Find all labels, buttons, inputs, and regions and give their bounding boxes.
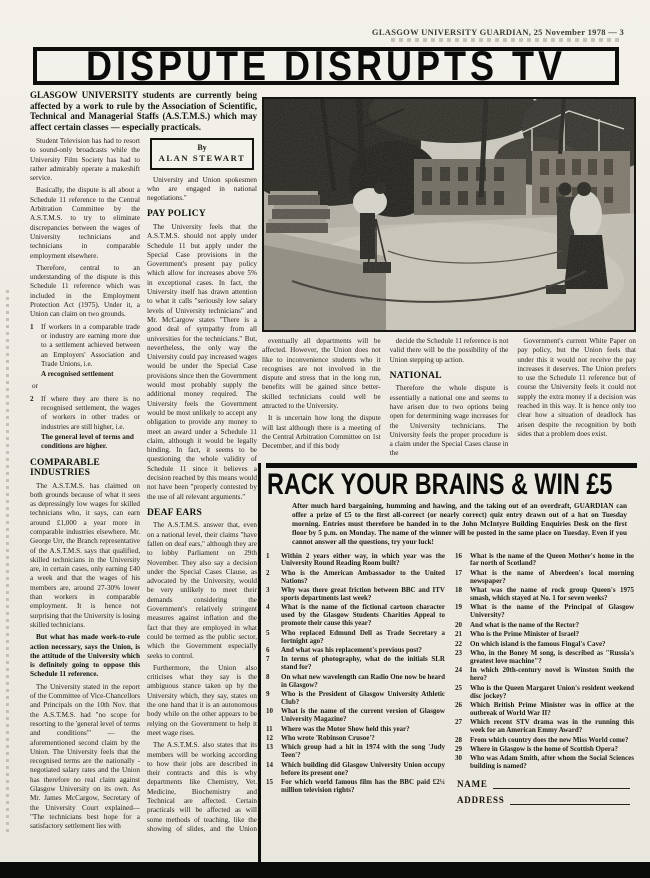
article-block: 1If workers in a comparable trade or ind… — [30, 323, 140, 369]
byline-by: By — [154, 143, 250, 152]
article-text: The A.S.T.M.S. also states that its memb… — [147, 741, 257, 835]
question-text: On what new wavelength can Radio One now… — [281, 674, 445, 690]
article-text: University and Union spokesmen who are e… — [147, 176, 257, 203]
quiz-question: 5 Who replaced Edmund Dell as Trade Secr… — [266, 630, 445, 646]
quiz-question: 21 Who is the Prime Minister of Israel? — [455, 631, 634, 639]
name-blank-line — [493, 779, 630, 789]
question-text: For which world famous film has the BBC … — [281, 779, 445, 795]
quiz-question: 27 Which recent STV drama was in the run… — [455, 719, 634, 735]
question-number: 18 — [455, 587, 466, 603]
article-text: decide the Schedule 11 reference is not … — [390, 337, 509, 364]
quiz-question: 4 What is the name of the fictional cart… — [266, 604, 445, 628]
article-text: COMPARABLE INDUSTRIES — [30, 458, 100, 479]
article-block: PAY POLICY — [147, 209, 257, 220]
page-fold-marks — [6, 290, 9, 835]
article-text: Therefore the whole dispute is essential… — [390, 384, 509, 457]
question-number: 5 — [266, 630, 277, 646]
article-text: The University feels that the A.S.T.M.S.… — [147, 223, 257, 501]
question-number: 21 — [455, 631, 466, 639]
entry-form-name-row: NAME — [457, 779, 630, 789]
article-column-2: By ALAN STEWART University and Union spo… — [147, 137, 257, 835]
article-block: Therefore, central to an understanding o… — [30, 264, 140, 320]
article-text: But what has made work-to-rule action ne… — [30, 633, 140, 678]
question-number: 25 — [455, 685, 466, 701]
question-number: 15 — [266, 779, 277, 795]
list-number: 2 — [30, 395, 38, 432]
quiz-question: 1 Within 2 years either way, in which ye… — [266, 553, 445, 569]
question-text: Who is the Prime Minister of Israel? — [470, 631, 634, 639]
article-text: If where they are there is no recognised… — [41, 395, 140, 432]
quiz-question: 20 And what is the name of the Rector? — [455, 622, 634, 630]
article-text: Basically, the dispute is all about a Sc… — [30, 186, 140, 259]
quiz-question: 10 What is the name of the current versi… — [266, 708, 445, 724]
quiz-question: 13 Which group had a hit in 1974 with th… — [266, 744, 445, 760]
question-number: 13 — [266, 744, 277, 760]
quiz-intro: After much hard bargaining, humming and … — [292, 502, 627, 547]
article-block: University and Union spokesmen who are e… — [147, 176, 257, 204]
quiz-question: 3 Why was there great friction between B… — [266, 587, 445, 603]
article-lower-columns: eventually all departments will be affec… — [262, 337, 636, 461]
question-number: 23 — [455, 650, 466, 666]
question-text: Who, in the Boney M song, is described a… — [470, 650, 634, 666]
name-label: NAME — [457, 779, 488, 789]
quiz-question: 17 What is the name of Aberdeen's local … — [455, 570, 634, 586]
question-number: 7 — [266, 656, 277, 672]
article-text: DEAF EARS — [147, 508, 202, 518]
question-text: In which 20th-century novel is Winston S… — [470, 667, 634, 683]
quiz-question: 6 And what was his replacement's previou… — [266, 647, 445, 655]
quiz-question: 30 Who was Adam Smith, after whom the So… — [455, 755, 634, 771]
question-text: And what was his replacement's previous … — [281, 647, 445, 655]
question-text: Who is the Queen Margaret Union's reside… — [470, 685, 634, 701]
article-photo — [262, 97, 636, 332]
question-number: 29 — [455, 746, 466, 754]
question-text: Who is the American Ambassador to the Un… — [281, 570, 445, 586]
question-number: 28 — [455, 737, 466, 745]
article-text: PAY POLICY — [147, 209, 206, 219]
question-text: From which country does the new Miss Wor… — [470, 737, 634, 745]
article-column-3: eventually all departments will be affec… — [262, 337, 381, 461]
quiz-question: 2 Who is the American Ambassador to the … — [266, 570, 445, 586]
quiz-questions-left: 1 Within 2 years either way, in which ye… — [266, 553, 445, 806]
question-text: Which group had a hit in 1974 with the s… — [281, 744, 445, 760]
article-block: A recognised settlement — [30, 370, 140, 379]
article-block: Furthermore, the Union also criticises w… — [147, 664, 257, 738]
question-text: Who wrote 'Robinson Crusoe'? — [281, 735, 445, 743]
article-column-1: Student Television has had to resort to … — [30, 137, 140, 835]
article-block: or — [30, 382, 140, 391]
article-text: The A.S.T.M.S. has claimed on both groun… — [30, 482, 140, 629]
question-text: What is the name of the current version … — [281, 708, 445, 724]
question-number: 4 — [266, 604, 277, 628]
address-blank-line — [510, 795, 630, 805]
article-column-4: decide the Schedule 11 reference is not … — [390, 337, 509, 461]
question-text: Who is the President of Glasgow Universi… — [281, 691, 445, 707]
quiz-question: 11 Where was the Motor Show held this ye… — [266, 726, 445, 734]
article-block: It is uncertain how long the dispute wil… — [262, 414, 381, 451]
quiz-question: 29 Where in Glasgow is the home of Scott… — [455, 746, 634, 754]
quiz-question: 26 Which British Prime Minister was in o… — [455, 702, 634, 718]
article-text: Furthermore, the Union also criticises w… — [147, 664, 257, 737]
question-text: Within 2 years either way, in which year… — [281, 553, 445, 569]
article-text: Government's current White Paper on pay … — [517, 337, 636, 438]
article-text: Student Television has had to resort to … — [30, 137, 140, 182]
quiz-question: 8 On what new wavelength can Radio One n… — [266, 674, 445, 690]
article-text: NATIONAL — [390, 371, 442, 381]
question-text: What is the name of Aberdeen's local mor… — [470, 570, 634, 586]
question-text: Which building did Glasgow University Un… — [281, 762, 445, 778]
article-text: The A.S.T.M.S. answer that, even on a na… — [147, 521, 257, 659]
question-number: 17 — [455, 570, 466, 586]
article-text: A recognised settlement — [41, 370, 114, 378]
question-number: 26 — [455, 702, 466, 718]
masthead: GLASGOW UNIVERSITY GUARDIAN, 25 November… — [372, 27, 624, 37]
article-block: The University feels that the A.S.T.M.S.… — [147, 223, 257, 502]
article-block: 2If where they are there is no recognise… — [30, 395, 140, 432]
quiz-question: 22 On which island is the famous Fingal'… — [455, 641, 634, 649]
question-text: Where in Glasgow is the home of Scottish… — [470, 746, 634, 754]
question-text: On which island is the famous Fingal's C… — [470, 641, 634, 649]
question-number: 10 — [266, 708, 277, 724]
byline-author: ALAN STEWART — [154, 154, 250, 163]
scanned-newspaper-page: { "colors":{"paper":"#ece9e1","ink":"#1c… — [0, 0, 650, 878]
question-text: Which British Prime Minister was in offi… — [470, 702, 634, 718]
quiz-question: 19 What is the name of the Principal of … — [455, 604, 634, 620]
quiz-question: 15 For which world famous film has the B… — [266, 779, 445, 795]
list-number: 1 — [30, 323, 38, 369]
article-block: The A.S.T.M.S. answer that, even on a na… — [147, 521, 257, 660]
question-number: 24 — [455, 667, 466, 683]
question-number: 12 — [266, 735, 277, 743]
headline-box: DISPUTE DISRUPTS TV — [33, 47, 619, 85]
quiz-question: 24 In which 20th-century novel is Winsto… — [455, 667, 634, 683]
article-column-2-text: University and Union spokesmen who are e… — [147, 176, 257, 835]
page-bottom-scan-edge — [0, 862, 650, 878]
quiz-question: 9 Who is the President of Glasgow Univer… — [266, 691, 445, 707]
question-number: 22 — [455, 641, 466, 649]
question-number: 20 — [455, 622, 466, 630]
quiz-question: 25 Who is the Queen Margaret Union's res… — [455, 685, 634, 701]
question-number: 3 — [266, 587, 277, 603]
question-number: 27 — [455, 719, 466, 735]
article-block: Therefore the whole dispute is essential… — [390, 384, 509, 458]
article-block: decide the Schedule 11 reference is not … — [390, 337, 509, 365]
quiz-question: 7 In terms of photography, what do the i… — [266, 656, 445, 672]
article-text: Therefore, central to an understanding o… — [30, 264, 140, 318]
article-block: The A.S.T.M.S. has claimed on both groun… — [30, 482, 140, 631]
article-text: If workers in a comparable trade or indu… — [41, 323, 140, 369]
question-number: 14 — [266, 762, 277, 778]
article-column-5: Government's current White Paper on pay … — [517, 337, 636, 461]
article-block: Basically, the dispute is all about a Sc… — [30, 186, 140, 260]
article-text: The University stated in the report of t… — [30, 683, 140, 830]
address-label: ADDRESS — [457, 795, 505, 805]
question-number: 8 — [266, 674, 277, 690]
article-text: or — [32, 382, 38, 390]
question-number: 19 — [455, 604, 466, 620]
article-text: The general level of terms and condition… — [41, 433, 134, 450]
article-block: The University stated in the report of t… — [30, 683, 140, 832]
question-text: What was the name of rock group Queen's … — [470, 587, 634, 603]
article-block: Student Television has had to resort to … — [30, 137, 140, 183]
question-number: 11 — [266, 726, 277, 734]
article-block: The A.S.T.M.S. also states that its memb… — [147, 741, 257, 835]
question-number: 6 — [266, 647, 277, 655]
page-headline: DISPUTE DISRUPTS TV — [86, 49, 566, 84]
quiz-question: 23 Who, in the Boney M song, is describe… — [455, 650, 634, 666]
quiz-question: 18 What was the name of rock group Queen… — [455, 587, 634, 603]
question-text: And what is the name of the Rector? — [470, 622, 634, 630]
quiz-title: RACK YOUR BRAINS & WIN £5 — [267, 470, 556, 499]
quiz-columns: 1 Within 2 years either way, in which ye… — [266, 553, 637, 806]
quiz-section: RACK YOUR BRAINS & WIN £5 After much har… — [258, 463, 637, 862]
article-block: DEAF EARS — [147, 508, 257, 519]
question-text: In terms of photography, what do the ini… — [281, 656, 445, 672]
quiz-questions-right: 16 What is the name of the Queen Mother'… — [455, 553, 634, 772]
question-text: Who replaced Edmund Dell as Trade Secret… — [281, 630, 445, 646]
quiz-question: 16 What is the name of the Queen Mother'… — [455, 553, 634, 569]
article-block: NATIONAL — [390, 371, 509, 382]
article-block: The general level of terms and condition… — [30, 433, 140, 452]
quiz-question: 14 Which building did Glasgow University… — [266, 762, 445, 778]
question-number: 2 — [266, 570, 277, 586]
article-text: eventually all departments will be affec… — [262, 337, 381, 410]
question-text: Where was the Motor Show held this year? — [281, 726, 445, 734]
photo-illustration — [264, 99, 634, 330]
question-number: 1 — [266, 553, 277, 569]
article-left-columns: Student Television has had to resort to … — [30, 137, 257, 835]
article-block: eventually all departments will be affec… — [262, 337, 381, 411]
article-block: Government's current White Paper on pay … — [517, 337, 636, 439]
question-text: Who was Adam Smith, after whom the Socia… — [470, 755, 634, 771]
quiz-questions-right-wrap: 16 What is the name of the Queen Mother'… — [455, 553, 634, 806]
question-text: Why was there great friction between BBC… — [281, 587, 445, 603]
entry-form-address-row: ADDRESS — [457, 795, 630, 805]
question-text: What is the name of the Principal of Gla… — [470, 604, 634, 620]
question-number: 30 — [455, 755, 466, 771]
article-block: COMPARABLE INDUSTRIES — [30, 458, 140, 479]
question-number: 16 — [455, 553, 466, 569]
article-text: It is uncertain how long the dispute wil… — [262, 414, 381, 450]
quiz-question: 12 Who wrote 'Robinson Crusoe'? — [266, 735, 445, 743]
article-block: But what has made work-to-rule action ne… — [30, 633, 140, 679]
question-text: What is the name of the fictional cartoo… — [281, 604, 445, 628]
byline-box: By ALAN STEWART — [150, 138, 254, 170]
quiz-question: 28 From which country does the new Miss … — [455, 737, 634, 745]
lede-paragraph: GLASGOW UNIVERSITY students are currentl… — [30, 90, 257, 132]
question-text: Which recent STV drama was in the runnin… — [470, 719, 634, 735]
question-number: 9 — [266, 691, 277, 707]
question-text: What is the name of the Queen Mother's h… — [470, 553, 634, 569]
